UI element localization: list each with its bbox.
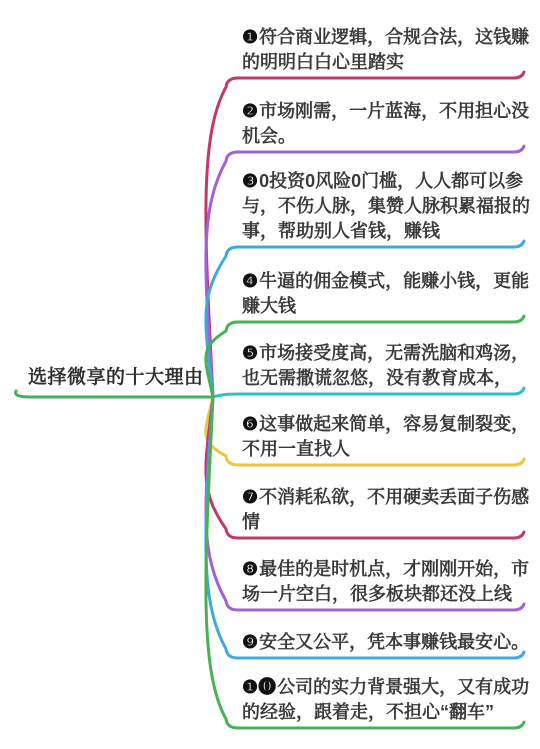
branch-number-icon: ❽	[242, 559, 258, 579]
mindmap-canvas: 选择微享的十大理由 ❶符合商业逻辑，合规合法，这钱赚 的明明白白心里踏实❷市场刚…	[0, 0, 540, 749]
central-topic[interactable]: 选择微享的十大理由	[28, 366, 218, 390]
branch-number-icon: ❸	[242, 171, 258, 191]
branch-number-icon: ❷	[242, 101, 258, 121]
branch-number-icon: ❼	[242, 487, 258, 507]
central-topic-label: 选择微享的十大理由	[28, 367, 204, 388]
branch-text: 这事做起来简单，容易复制裂变， 不用一直找人	[242, 414, 529, 459]
branch-text: 符合商业逻辑，合规合法，这钱赚 的明明白白心里踏实	[242, 27, 529, 72]
branch-number-icon: ❻	[242, 414, 258, 434]
branch-topic-10[interactable]: ❶⓿公司的实力背景强大，又有成功 的经验，跟着走，不担心“翻车”	[242, 675, 534, 725]
branch-topic-2[interactable]: ❷市场刚需，一片蓝海，不用担心没 机会。	[242, 99, 534, 149]
branch-text: 不消耗私欲，不用硬卖丢面子伤感 情	[242, 487, 529, 532]
branch-text: 市场接受度高，无需洗脑和鸡汤， 也无需撒谎忽悠，没有教育成本，	[242, 343, 529, 388]
branch-topic-7[interactable]: ❼不消耗私欲，不用硬卖丢面子伤感 情	[242, 485, 534, 535]
branch-number-icon: ❶⓿	[242, 677, 276, 697]
branch-topic-1[interactable]: ❶符合商业逻辑，合规合法，这钱赚 的明明白白心里踏实	[242, 25, 534, 75]
branch-text: 牛逼的佣金模式，能赚小钱，更能 赚大钱	[242, 271, 529, 316]
branch-number-icon: ❺	[242, 343, 258, 363]
branch-text: 安全又公平，凭本事赚钱最安心。	[259, 632, 529, 652]
branch-text: 最佳的是时机点，才刚刚开始，市 场一片空白，很多板块都还没上线	[242, 559, 529, 604]
branch-topic-3[interactable]: ❸0投资0风险0门槛，人人都可以参 与，不伤人脉，集赞人脉积累福报的 事，帮助别…	[242, 169, 534, 244]
branch-number-icon: ❹	[242, 271, 258, 291]
branch-topic-4[interactable]: ❹牛逼的佣金模式，能赚小钱，更能 赚大钱	[242, 269, 534, 319]
branch-text: 0投资0风险0门槛，人人都可以参 与，不伤人脉，集赞人脉积累福报的 事，帮助别人…	[242, 171, 530, 241]
branch-topic-9[interactable]: ❾安全又公平，凭本事赚钱最安心。	[242, 630, 534, 655]
branch-number-icon: ❶	[242, 27, 258, 47]
central-topic-underline	[16, 391, 213, 397]
branch-topic-6[interactable]: ❻这事做起来简单，容易复制裂变， 不用一直找人	[242, 412, 534, 462]
branch-number-icon: ❾	[242, 632, 258, 652]
branch-text: 公司的实力背景强大，又有成功 的经验，跟着走，不担心“翻车”	[242, 677, 529, 722]
branch-topic-8[interactable]: ❽最佳的是时机点，才刚刚开始，市 场一片空白，很多板块都还没上线	[242, 557, 534, 607]
branch-topic-5[interactable]: ❺市场接受度高，无需洗脑和鸡汤， 也无需撒谎忽悠，没有教育成本，	[242, 341, 534, 391]
branch-text: 市场刚需，一片蓝海，不用担心没 机会。	[242, 101, 529, 146]
